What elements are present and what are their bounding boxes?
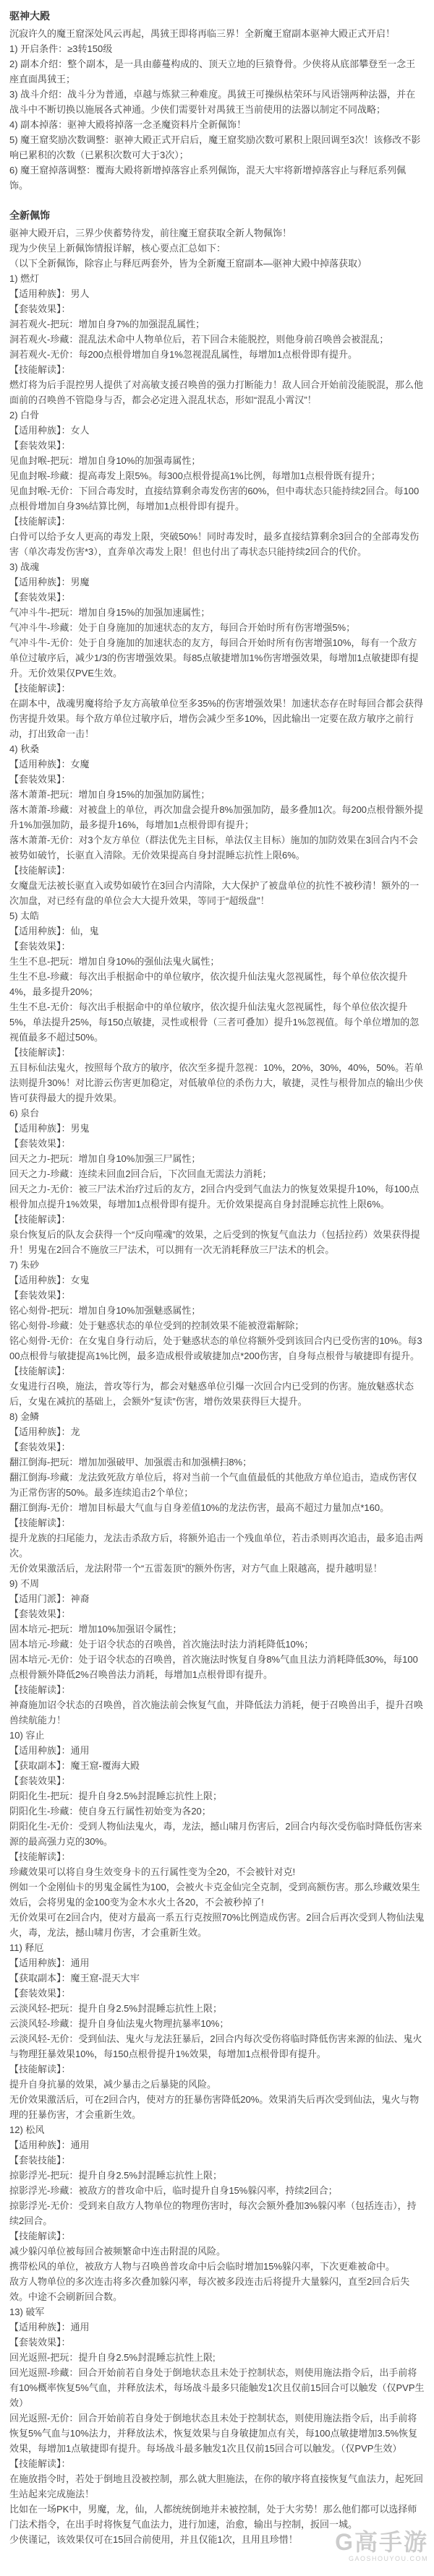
accessory-line: 云淡风轻-无价：受到仙法、鬼火与龙法狂暴后，2回合内每次受伤将临时降低伤害来源的… xyxy=(9,2031,425,2062)
accessory-line: 无价效果激活后，可在2回合内，使对方的狂暴伤害降低20%。效果消失后再次受到仙法… xyxy=(9,2092,425,2122)
section-paragraphs: 驱神大殿开启，三界少侠蓄势待发，前往魔王窟获取全新人物佩饰！现为少侠呈上新佩饰情… xyxy=(9,225,425,271)
paragraph: 2) 副本介绍：整个副本，是一具由藤蔓构成的、顶天立地的巨猿脊骨。少侠将从底部攀… xyxy=(9,56,425,87)
accessory-line: 五目标仙法鬼火，按照每个敌方的敏序，依次至多提升忽视：10%，20%，30%，4… xyxy=(9,1060,425,1106)
accessory-line: 【技能解读】： xyxy=(9,1849,425,1864)
accessory-line: 落木萧萧-无价：对3个友方单位（群法优先主目标，单法仅主目标）施加的加防效果在3… xyxy=(9,832,425,863)
accessory-line: 减少躲闪单位被每回合被频繁命中连击附混的风险。 xyxy=(9,2244,425,2259)
accessory-line: 【技能解读】： xyxy=(9,514,425,529)
accessory-line: 回天之力-珍藏：连续未回血2回合后，下次回血无需法力消耗； xyxy=(9,1166,425,1181)
accessory-line: 【套装效果】： xyxy=(9,438,425,453)
accessory-line: 燃灯将为后手混控男人提供了对高敏支援召唤兽的强力打断能力！敌人回合开始前没能脱混… xyxy=(9,377,425,408)
accessory-line: 阴阳化生-把玩：提升自身2.5%封混睡忘抗性上限； xyxy=(9,1788,425,1804)
paragraph: 现为少侠呈上新佩饰情报详解，核心要点汇总如下： xyxy=(9,241,425,256)
accessory-line: 珍藏效果可以将自身生效变身卡的五行属性变为全20，不会被针对克! xyxy=(9,1864,425,1879)
accessory-line: 提升龙族的扫尾能力，龙法击杀敌方后，将额外追击一个残血单位，若击杀则再次追击，最… xyxy=(9,1530,425,1561)
accessory-line: 【套装效果】： xyxy=(9,1136,425,1151)
accessory-line: 【技能解读】： xyxy=(9,1212,425,1227)
accessory-line: 【技能解读】： xyxy=(9,362,425,377)
accessory-line: 生生不息-珍藏：每次出手根据命中的单位敏序，依次提升仙法鬼火忽视属性，每个单位依… xyxy=(9,969,425,999)
accessory-line: 洞若观火-把玩：增加自身7%的加强混乱属性； xyxy=(9,316,425,332)
accessory-line: 见血封喉-无价：下回合毒发时，直接结算剩余毒发伤害的60%，但中毒状态只能持续2… xyxy=(9,483,425,514)
accessory-line: 【套装效果】： xyxy=(9,939,425,954)
accessory-line: 【套装效果】： xyxy=(9,1288,425,1303)
accessory-line: 洞若观火-珍藏：混乱法术命中人物单位后，若下回合未能脱控，则他身前召唤兽会被混乱… xyxy=(9,332,425,347)
accessory-name: 4) 秋桑 xyxy=(9,741,425,757)
accessory-line: 固本培元-珍藏：处于诏令状态的召唤兽，首次施法时法力消耗降低10%； xyxy=(9,1637,425,1652)
accessory-name: 13) 破军 xyxy=(9,2304,425,2319)
accessory-name: 8) 金鳞 xyxy=(9,1409,425,1424)
accessory-line: 阴阳化生-无价：受到人物仙法鬼火，毒，龙法，撼山啸月伤害后，2回合内每次受伤临时… xyxy=(9,1819,425,1849)
accessory-line: 【套装效果】： xyxy=(9,1773,425,1788)
accessory-line: 【适用种族】：男人 xyxy=(9,286,425,301)
accessory-name: 3) 战魂 xyxy=(9,559,425,574)
article: 驱神大殿 沉寂许久的魔王窟深处风云再起，禺狨王即将再临三界！全新魔王窟副本驱神大… xyxy=(0,0,434,2576)
accessory-name: 6) 泉台 xyxy=(9,1106,425,1121)
section-title-quzhen-hall: 驱神大殿 xyxy=(9,9,425,24)
accessory-line: 【技能解读】： xyxy=(9,863,425,878)
accessory-line: 无价效果激活后，龙法附带一个“五雷轰顶”的额外伤害，对方气血上限越高，提升越明显… xyxy=(9,1561,425,1576)
accessory-line: 回天之力-无价：被三尸法术治疗过后的友方，2回合内受到气血法力的恢复效果提升10… xyxy=(9,1181,425,1212)
accessory-line: 【套装效果】： xyxy=(9,1986,425,2001)
accessory-line: 【适用种族】：女魔 xyxy=(9,757,425,772)
paragraph: 5) 魔王窟奖励次数调整：驱神大殿正式开启后，魔王窟奖励次数可累积上限回调至3次… xyxy=(9,132,425,163)
accessory-name: 7) 朱砂 xyxy=(9,1257,425,1272)
accessory-line: 生生不息-无价：每次出手根据命中的单位敏序，依次提升仙法鬼火忽视属性，每个单位依… xyxy=(9,999,425,1045)
accessory-line: 【套装效果】： xyxy=(9,2335,425,2350)
accessory-line: 【适用种族】：男鬼 xyxy=(9,1121,425,1136)
accessory-line: 【技能解读】： xyxy=(9,1515,425,1530)
accessory-line: 【适用种族】：男魔 xyxy=(9,574,425,590)
accessory-line: 回光返照-珍藏：回合开始前若自身处于倒地状态且未处于控制状态，则使用施法指令后，… xyxy=(9,2365,425,2411)
paragraph: 4) 副本掉落：驱神大殿将掉落一念圣魔资料片全新佩饰！ xyxy=(9,117,425,132)
accessory-line: 落木萧萧-珍藏：对被盘上的单位，再次加盘会提升8%加强加防，最多叠加1次。每20… xyxy=(9,802,425,832)
accessory-line: 敌方人物单位的多次连击将多次叠加躲闪率，每次被多段连击后将提升大量躲闪，直至2回… xyxy=(9,2274,425,2304)
accessory-line: 【适用种族】：女人 xyxy=(9,423,425,438)
accessory-line: 少侠谨记，该效果仅可在15回合前使用，并且仅能1次，且用且珍惜！ xyxy=(9,2532,425,2547)
accessory-line: 回光返照-无价：回合开始前若自身处于倒地状态且未处于控制状态，则使用施法指令后，… xyxy=(9,2411,425,2456)
section-new-accessories: 全新佩饰 驱神大殿开启，三界少侠蓄势待发，前往魔王窟获取全新人物佩饰！现为少侠呈… xyxy=(9,208,425,2547)
accessory-line: 【套装技能】： xyxy=(9,2153,425,2168)
accessory-line: 见血封喉-把玩：增加自身10%的加强毒属性； xyxy=(9,453,425,468)
accessory-name: 1) 燃灯 xyxy=(9,271,425,286)
accessory-line: 泉台恢复后的队友会获得一个“反向噬魂”的效果，之后受到的恢复气血法力（包括拉药）… xyxy=(9,1227,425,1257)
accessory-line: 【适用种族】：龙 xyxy=(9,1424,425,1439)
accessory-line: 神裔施加诏令状态的召唤兽，首次施法前会恢复气血，并降低法力消耗，便于召唤兽出手，… xyxy=(9,1697,425,1728)
accessory-line: 【技能解读】： xyxy=(9,2228,425,2244)
accessory-line: 回天之力-把玩：增加自身10%加强三尸属性； xyxy=(9,1151,425,1166)
accessory-line: 掠影浮光-把玩：提升自身2.5%封混睡忘抗性上限； xyxy=(9,2168,425,2183)
accessory-line: 【适用种族】：仙，鬼 xyxy=(9,923,425,939)
accessory-line: 【套装效果】： xyxy=(9,1439,425,1455)
accessory-line: 洞若观火-无价：每200点根骨增加自身1%忽视混乱属性，每增加1点根骨即有提升。 xyxy=(9,347,425,362)
accessory-line: 【技能解读】： xyxy=(9,2062,425,2077)
accessory-line: 阴阳化生-珍藏：使自身五行属性初始变为各20； xyxy=(9,1804,425,1819)
accessory-line: 落木萧萧-把玩：增加自身15%的加强加防属性； xyxy=(9,787,425,802)
accessory-line: 【套装效果】： xyxy=(9,590,425,605)
accessory-line: 【技能解读】： xyxy=(9,1364,425,1379)
accessory-name: 11) 释厄 xyxy=(9,1940,425,1955)
accessory-line: 【技能解读】： xyxy=(9,681,425,696)
accessory-list: 1) 燃灯【适用种族】：男人【套装效果】：洞若观火-把玩：增加自身7%的加强混乱… xyxy=(9,271,425,2547)
paragraph: 3) 战斗介绍：战斗分为普通，卓越与炼狱三种难度。禺狨王可操纵枯荣环与风语翎两种… xyxy=(9,87,425,117)
paragraph: 6) 魔王窟掉落调整：覆海大殿将新增掉落容止系列佩饰，混天大牢将新增掉落容止与释… xyxy=(9,163,425,193)
accessory-line: 生生不息-把玩：增加自身10%的强仙法鬼火属性； xyxy=(9,954,425,969)
accessory-line: 铭心刻骨-珍藏：处于魅惑状态的单位受到的控制效果不能被澄霜解除； xyxy=(9,1318,425,1333)
accessory-line: 【套装效果】： xyxy=(9,1606,425,1621)
accessory-line: 翻江倒海-把玩：增加加强破甲、加强震击和加强横扫8%； xyxy=(9,1455,425,1470)
paragraph: 沉寂许久的魔王窟深处风云再起，禺狨王即将再临三界！全新魔王窟副本驱神大殿正式开启… xyxy=(9,26,425,41)
paragraph: （以下全新佩饰，除容止与释厄两套外，皆为全新魔王窟副本—驱神大殿中掉落获取） xyxy=(9,256,425,271)
accessory-name: 12) 松风 xyxy=(9,2122,425,2137)
paragraph: 驱神大殿开启，三界少侠蓄势待发，前往魔王窟获取全新人物佩饰！ xyxy=(9,225,425,241)
accessory-line: 气冲斗牛-珍藏：处于自身施加的加速状态的友方，每回合开始时所有伤害增强5%； xyxy=(9,620,425,635)
accessory-line: 【适用种族】：女鬼 xyxy=(9,1272,425,1288)
accessory-line: 女鬼进行召唤，施法，普攻等行为，都会对魅惑单位引爆一次回合内已受到的伤害。施放魅… xyxy=(9,1379,425,1409)
accessory-line: 女魔盘无法被长驱直入或势如破竹在3回合内清除，大大保护了被盘单位的抗性不被秒清！… xyxy=(9,878,425,908)
accessory-line: 翻江倒海-无价：增加目标最大气血与自身差值10%的龙法伤害，最高不超过力量加点*… xyxy=(9,1500,425,1515)
accessory-line: 白骨可以给予女人更高的毒发上限，突破50%！同时毒发时，最多直接结算剩余3回合的… xyxy=(9,529,425,559)
accessory-name: 9) 不周 xyxy=(9,1576,425,1591)
accessory-line: 【套装效果】： xyxy=(9,301,425,316)
accessory-line: 固本培元-把玩：增加10%加强诏令属性； xyxy=(9,1621,425,1637)
accessory-line: 固本培元-无价：处于诏令状态的召唤兽，首次施法时恢复自身8%气血且法力消耗降低3… xyxy=(9,1652,425,1682)
accessory-line: 【技能解读】： xyxy=(9,1045,425,1060)
accessory-line: 【适用种族】：通用 xyxy=(9,1955,425,1970)
accessory-line: 掠影浮光-珍藏：被敌方的普攻命中后，临时提升自身15%躲闪率，持续2回合； xyxy=(9,2183,425,2198)
accessory-line: 掠影浮光-无价：受到来自敌方人物单位的物理伤害时，每次会额外叠加3%躲闪率（包括… xyxy=(9,2198,425,2228)
accessory-line: 比如在一场PK中，男魔，龙，仙，人都统统倒地并未被控制，处于大劣势！那么他们都可… xyxy=(9,2502,425,2532)
accessory-line: 气冲斗牛-把玩：增加自身15%的加强加速属性； xyxy=(9,605,425,620)
accessory-line: 【适用种族】：通用 xyxy=(9,1743,425,1758)
section-paragraphs: 沉寂许久的魔王窟深处风云再起，禺狨王即将再临三界！全新魔王窟副本驱神大殿正式开启… xyxy=(9,26,425,193)
accessory-line: 【适用种族】：通用 xyxy=(9,2137,425,2153)
accessory-name: 2) 白骨 xyxy=(9,408,425,423)
paragraph: 1) 开启条件：≥3转150级 xyxy=(9,41,425,56)
section-quzhen-hall: 驱神大殿 沉寂许久的魔王窟深处风云再起，禺狨王即将再临三界！全新魔王窟副本驱神大… xyxy=(9,9,425,193)
accessory-line: 云淡风轻-把玩：提升自身2.5%封混睡忘抗性上限； xyxy=(9,2001,425,2016)
accessory-line: 气冲斗牛-无价：处于自身施加的加速状态的友方，每回合开始时所有伤害增强10%，每… xyxy=(9,635,425,681)
accessory-name: 10) 容止 xyxy=(9,1728,425,1743)
accessory-line: 【适用种族】：通用 xyxy=(9,2319,425,2335)
accessory-line: 【套装效果】： xyxy=(9,772,425,787)
watermark-caption: GAOSHOUYOU.COM xyxy=(335,2554,428,2563)
accessory-line: 提升自身抗暴的效果，减少暴击之后暴毙的风险。 xyxy=(9,2077,425,2092)
section-title-new-accessories: 全新佩饰 xyxy=(9,208,425,223)
accessory-line: 【适用门派】：神裔 xyxy=(9,1591,425,1606)
accessory-line: 例如一个金刚仙卡的男鬼金属性为100，会被火卡克金仙完全克制，受到高额伤害。那么… xyxy=(9,1879,425,1910)
accessory-line: 翻江倒海-珍藏：龙法致死敌方单位后，将对当前一个气血值最低的其他敌方单位追击，造… xyxy=(9,1470,425,1500)
accessory-line: 在副本中，战魂男魔将给予友方高敏单位至多35%的伤害增强效果！加速状态存在时每回… xyxy=(9,696,425,741)
accessory-line: 铭心刻骨-无价：在女鬼自身行动后，处于魅惑状态的单位将额外受到该回合内已受伤害的… xyxy=(9,1333,425,1364)
accessory-line: 回光返照-把玩：提升自身2.5%封混睡忘抗性上限; xyxy=(9,2350,425,2365)
accessory-line: 在施放指令时，若处于倒地且没被控制，那么就大胆施法，在你的敏序将直接恢复气血法力… xyxy=(9,2471,425,2502)
accessory-line: 【获取副本】：魔王窟-覆海大殿 xyxy=(9,1758,425,1773)
accessory-line: 【获取副本】：魔王窟-混天大牢 xyxy=(9,1970,425,1986)
accessory-line: 无价效果可在2回合内，使对方最高一系五行克按照70%比例造成伤害。2回合后再次受… xyxy=(9,1910,425,1940)
accessory-line: 携带松风的单位，被敌方人物与召唤兽普攻命中后会临时增加15%躲闪率，下次更难被命… xyxy=(9,2259,425,2274)
accessory-line: 云淡风轻-珍藏：提升自身仙法鬼火物理抗暴率10%； xyxy=(9,2016,425,2031)
accessory-line: 见血封喉-珍藏：提高毒发上限5%。每300点根骨提高1%比例，每增加1点根骨既有… xyxy=(9,468,425,483)
accessory-line: 【技能解读】： xyxy=(9,2456,425,2471)
accessory-line: 铭心刻骨-把玩：增加自身10%加强魅惑属性； xyxy=(9,1303,425,1318)
accessory-line: 【技能解读】： xyxy=(9,1682,425,1697)
accessory-name: 5) 太皓 xyxy=(9,908,425,923)
